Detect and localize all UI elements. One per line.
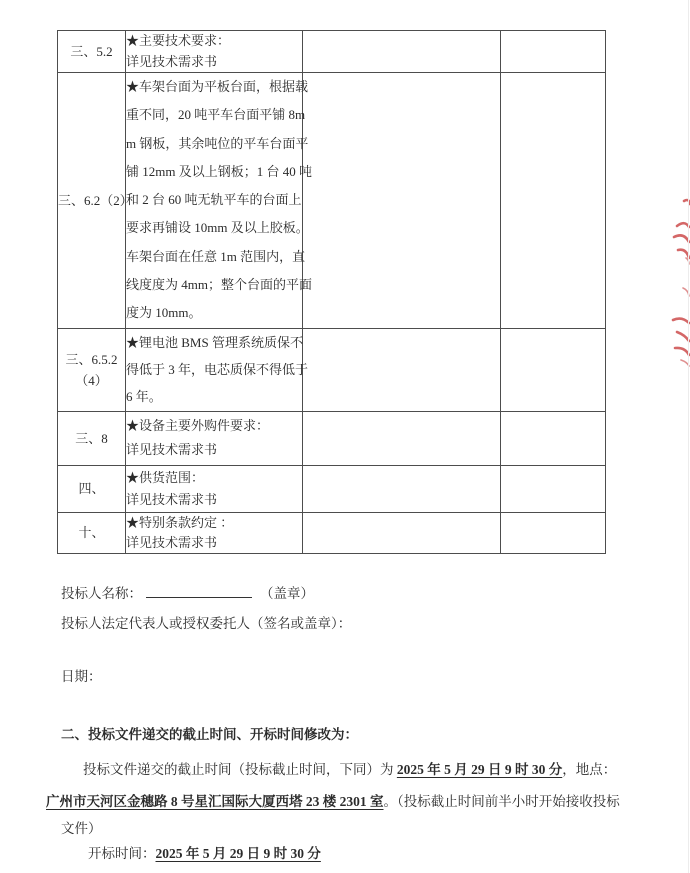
row-label-text: （4）: [58, 370, 125, 391]
requirement-text-cell: ★主要技术要求：详见技术需求书: [126, 31, 303, 73]
text-segment: 投标文件递交的截止时间（投标截止时间，下同）为: [83, 762, 397, 777]
row-label-text: 三、6.2（2）: [58, 190, 125, 211]
row-label-text: 四、: [58, 478, 125, 499]
text-segment: 投标人法定代表人或授权委托人（签名或盖章）：: [61, 616, 351, 631]
empty-response-cell: [303, 328, 501, 411]
red-seal-fragment-icon: [666, 196, 690, 371]
row-label-text: 三、5.2: [58, 41, 125, 62]
requirement-text-line: 铺 12mm 及以上钢板；1 台 40 吨: [126, 158, 302, 186]
text-segment: 。（投标截止时间前半小时开始接收投标: [384, 794, 620, 809]
table-row: 十、★特别条款约定 ：详见技术需求书: [58, 512, 606, 553]
row-label-cell: 三、6.2（2）: [58, 73, 126, 329]
text-segment: 二、投标文件递交的截止时间、开标时间修改为：: [61, 727, 358, 742]
row-label-cell: 四、: [58, 465, 126, 512]
requirement-text-cell: ★供货范围：详见技术需求书: [126, 465, 303, 512]
requirements-table: 三、5.2★主要技术要求：详见技术需求书三、6.2（2）★车架台面为平板台面，根…: [57, 30, 606, 554]
table-row: 三、6.5.2（4）★锂电池 BMS 管理系统质保不得低于 3 年，电芯质保不得…: [58, 328, 606, 411]
deadline-paragraph-line-3: 文件）: [61, 820, 690, 838]
row-label-text: 十、: [58, 522, 125, 543]
requirement-text-line: ★车架台面为平板台面，根据载: [126, 73, 302, 101]
row-label-cell: 三、5.2: [58, 31, 126, 73]
table-row: 三、5.2★主要技术要求：详见技术需求书: [58, 31, 606, 73]
row-label-text: 三、6.5.2: [58, 349, 125, 370]
table-row: 三、8★设备主要外购件要求：详见技术需求书: [58, 411, 606, 465]
scan-page-edge: [688, 0, 689, 873]
empty-response-cell: [303, 411, 501, 465]
deadline-paragraph-line-2: 广州市天河区金穗路 8 号星汇国际大厦西塔 23 楼 2301 室。（投标截止时…: [46, 793, 690, 811]
legal-representative-line: 投标人法定代表人或授权委托人（签名或盖章）：: [61, 615, 690, 633]
date-label-line: 日期：: [61, 668, 690, 686]
requirements-table-body: 三、5.2★主要技术要求：详见技术需求书三、6.2（2）★车架台面为平板台面，根…: [58, 31, 606, 554]
requirement-text-line: ★主要技术要求：: [126, 31, 302, 52]
section-two-heading: 二、投标文件递交的截止时间、开标时间修改为：: [61, 726, 690, 744]
empty-response-cell: [303, 465, 501, 512]
requirement-text-cell: ★特别条款约定 ：详见技术需求书: [126, 512, 303, 553]
empty-response-cell: [501, 328, 606, 411]
empty-response-cell: [303, 73, 501, 329]
empty-response-cell: [501, 512, 606, 553]
text-segment: 文件）: [61, 821, 102, 836]
fill-in-blank-underline: [146, 583, 252, 598]
table-row: 三、6.2（2）★车架台面为平板台面，根据载重不同，20 吨平车台面平铺 8mm…: [58, 73, 606, 329]
text-segment: 广州市天河区金穗路 8 号星汇国际大厦西塔 23 楼 2301 室: [46, 794, 384, 809]
empty-response-cell: [501, 73, 606, 329]
requirement-text-cell: ★车架台面为平板台面，根据载重不同，20 吨平车台面平铺 8mm 钢板，其余吨位…: [126, 73, 303, 329]
text-segment: 日期：: [61, 669, 102, 684]
text-segment: 开标时间：: [88, 846, 156, 861]
document-page: 三、5.2★主要技术要求：详见技术需求书三、6.2（2）★车架台面为平板台面，根…: [0, 0, 690, 873]
text-segment: 2025 年 5 月 29 日 9 时 30 分: [397, 762, 562, 777]
requirement-text-line: ★设备主要外购件要求：: [126, 414, 302, 438]
deadline-paragraph-line-1: 投标文件递交的截止时间（投标截止时间，下同）为 2025 年 5 月 29 日 …: [83, 761, 690, 779]
requirement-text-line: 详见技术需求书: [126, 533, 302, 553]
requirement-text-line: 线度度为 4mm；整个台面的平面: [126, 271, 302, 299]
requirement-text-line: ★锂电池 BMS 管理系统质保不: [126, 329, 302, 356]
table-row: 四、★供货范围：详见技术需求书: [58, 465, 606, 512]
bid-opening-time-line: 开标时间：2025 年 5 月 29 日 9 时 30 分: [88, 845, 690, 863]
text-segment: 2025 年 5 月 29 日 9 时 30 分: [156, 846, 321, 861]
requirement-text-line: m 钢板，其余吨位的平车台面平: [126, 130, 302, 158]
requirement-text-line: ★供货范围：: [126, 467, 302, 489]
text-segment: 投标人名称：: [61, 586, 142, 601]
footer-lines: 投标人名称：（盖章）投标人法定代表人或授权委托人（签名或盖章）：日期：二、投标文…: [0, 575, 690, 863]
requirement-text-line: 重不同，20 吨平车台面平铺 8m: [126, 101, 302, 129]
requirement-text-line: 详见技术需求书: [126, 438, 302, 462]
requirement-text-line: 6 年。: [126, 383, 302, 410]
requirement-text-cell: ★设备主要外购件要求：详见技术需求书: [126, 411, 303, 465]
row-label-cell: 三、6.5.2（4）: [58, 328, 126, 411]
text-segment: ，地点：: [562, 762, 616, 777]
requirement-text-line: 详见技术需求书: [126, 52, 302, 73]
empty-response-cell: [303, 512, 501, 553]
empty-response-cell: [501, 411, 606, 465]
requirement-text-line: 车架台面在任意 1m 范围内，直: [126, 243, 302, 271]
empty-response-cell: [501, 465, 606, 512]
requirement-text-line: 详见技术需求书: [126, 489, 302, 511]
text-segment: （盖章）: [260, 586, 314, 601]
requirement-text-line: ★特别条款约定 ：: [126, 513, 302, 533]
requirement-text-line: 度为 10mm。: [126, 299, 302, 327]
row-label-cell: 十、: [58, 512, 126, 553]
row-label-cell: 三、8: [58, 411, 126, 465]
empty-response-cell: [501, 31, 606, 73]
requirement-text-line: 和 2 台 60 吨无轨平车的台面上: [126, 186, 302, 214]
requirement-text-cell: ★锂电池 BMS 管理系统质保不得低于 3 年，电芯质保不得低于6 年。: [126, 328, 303, 411]
row-label-text: 三、8: [58, 428, 125, 449]
bidder-name-line: 投标人名称：（盖章）: [61, 583, 690, 603]
empty-response-cell: [303, 31, 501, 73]
requirement-text-line: 要求再铺设 10mm 及以上胶板。: [126, 214, 302, 242]
requirement-text-line: 得低于 3 年，电芯质保不得低于: [126, 356, 302, 383]
